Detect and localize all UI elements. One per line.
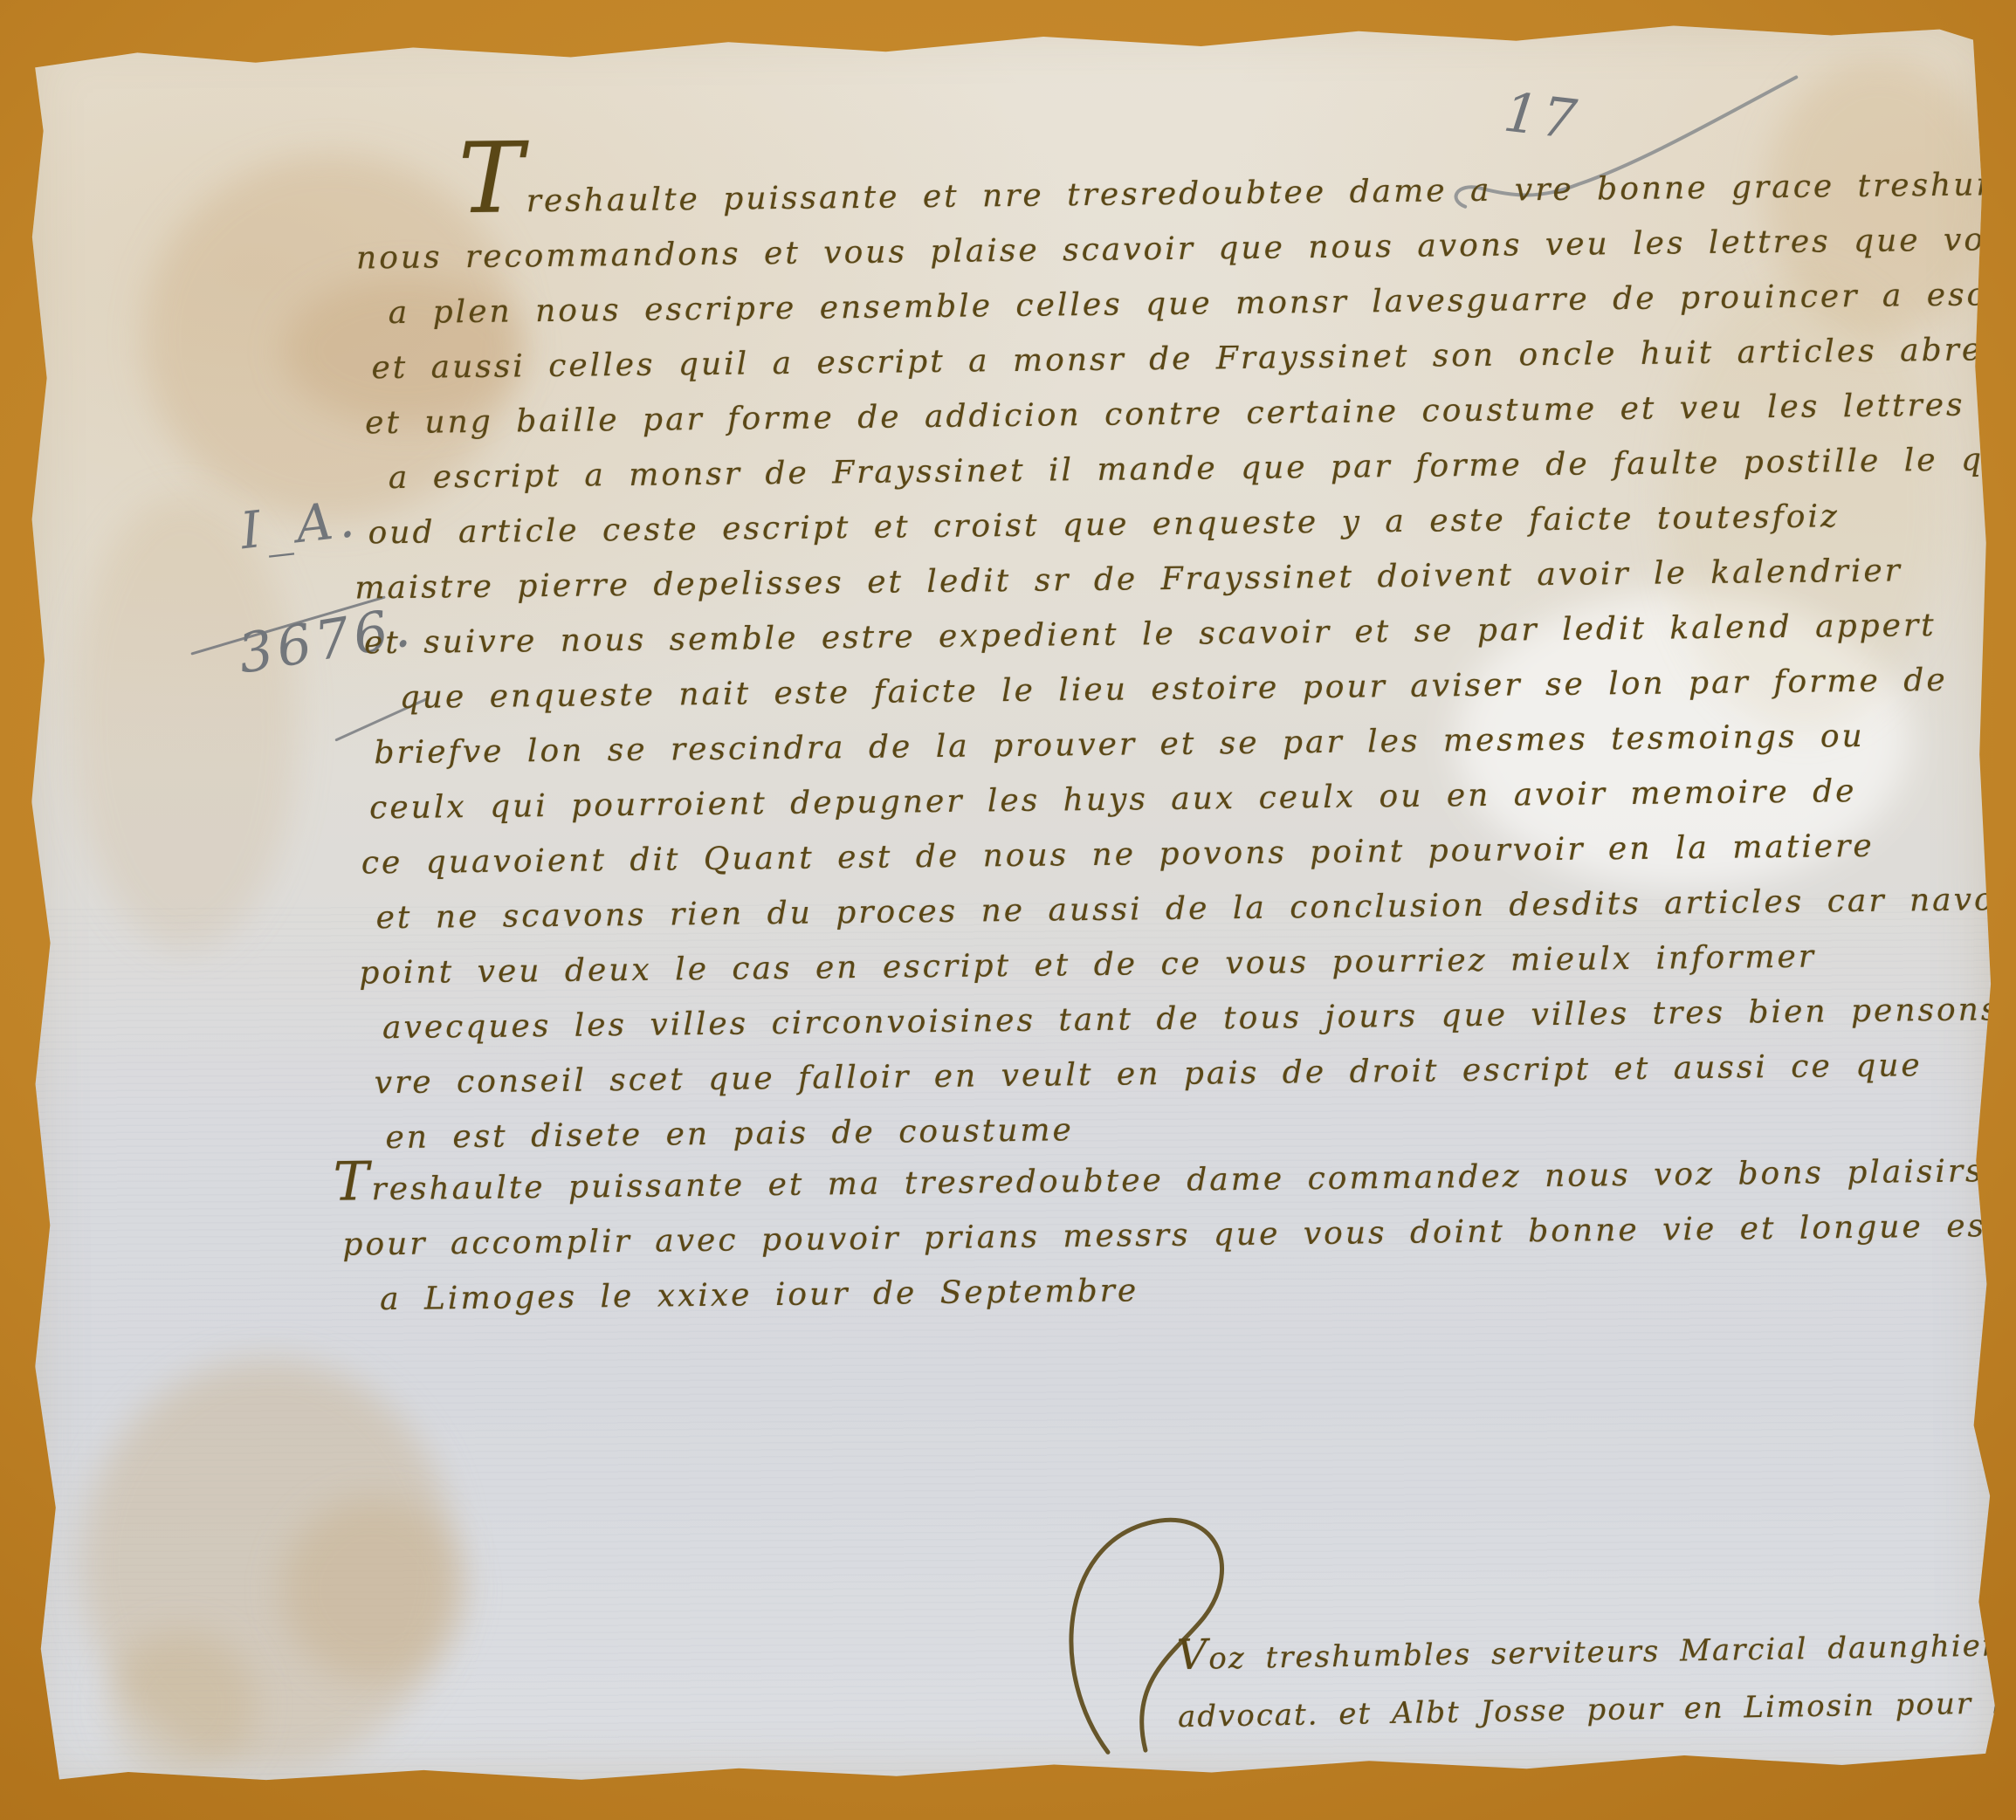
letter-closing: Treshaulte puissante et ma tresredoubtee… [333,1144,2011,1328]
stain [107,1630,257,1779]
shelfmark-series: I_A. [237,489,362,561]
folio-number: 17 [1501,79,1584,152]
signature-block: Voz treshumbles serviteurs Marcial daung… [1176,1617,2016,1747]
letter-body: Treshaulte puissante et nre tresredoubte… [345,157,2016,1166]
stain [281,1498,465,1682]
manuscript-sheet: 17 I_A. 3676. Treshaulte puissante et nr… [19,13,1999,1790]
